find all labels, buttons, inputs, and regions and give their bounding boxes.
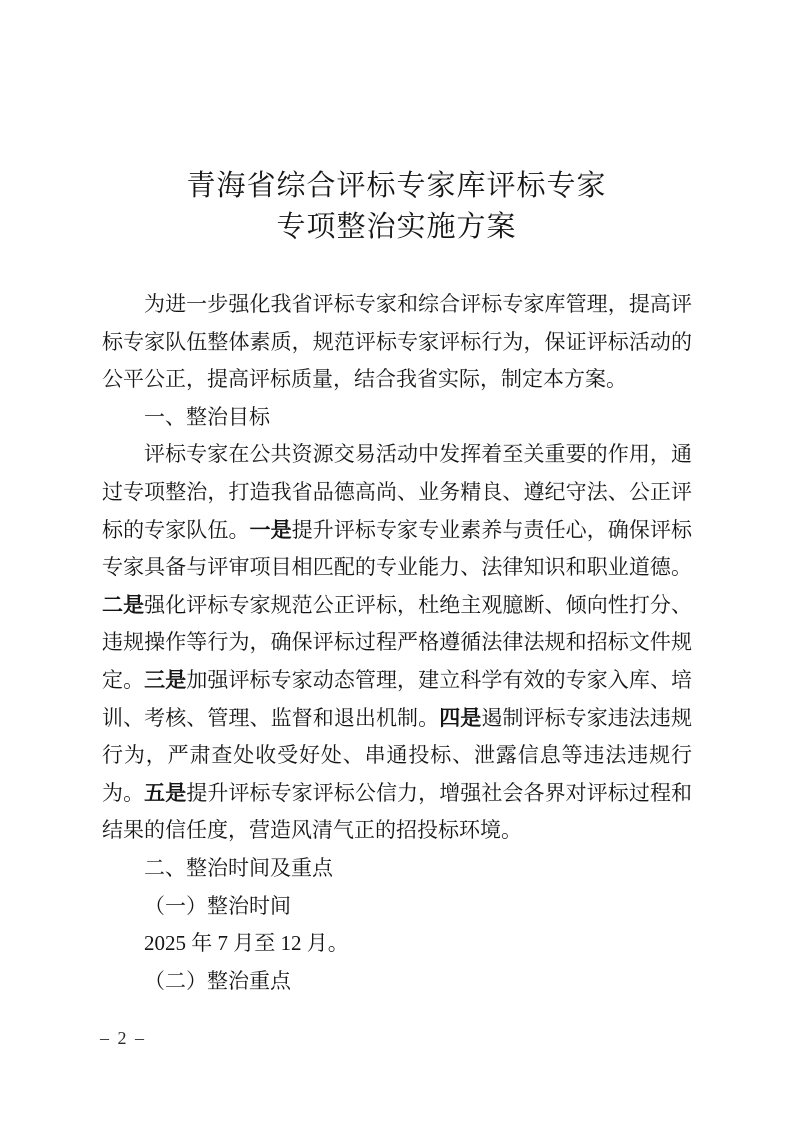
bold-run: 二是 xyxy=(102,593,144,617)
bold-run: 一是 xyxy=(250,518,292,542)
bold-run: 五是 xyxy=(144,781,186,805)
document-title: 青海省综合评标专家库评标专家 专项整治实施方案 xyxy=(0,166,793,248)
section-1-heading: 一、整治目标 xyxy=(102,399,692,437)
title-line-1: 青海省综合评标专家库评标专家 xyxy=(0,166,793,207)
section-2-sub-1-heading: （一）整治时间 xyxy=(102,888,692,926)
bold-run: 三是 xyxy=(144,668,186,692)
bold-run: 四是 xyxy=(439,706,481,730)
document-page: 青海省综合评标专家库评标专家 专项整治实施方案 为进一步强化我省评标专家和综合评… xyxy=(0,0,793,1122)
section-2-heading: 二、整治时间及重点 xyxy=(102,850,692,888)
title-line-2: 专项整治实施方案 xyxy=(0,207,793,248)
text-run: 提升评标专家评标公信力，增强社会各界对评标过程和结果的信任度，营造风清气正的招投… xyxy=(102,781,692,843)
intro-paragraph: 为进一步强化我省评标专家和综合评标专家库管理，提高评标专家队伍整体素质，规范评标… xyxy=(102,286,692,399)
document-body: 为进一步强化我省评标专家和综合评标专家库管理，提高评标专家队伍整体素质，规范评标… xyxy=(102,286,692,1000)
section-2-sub-1-body: 2025 年 7 月至 12 月。 xyxy=(102,925,692,963)
section-2-sub-2-heading: （二）整治重点 xyxy=(102,963,692,1001)
section-1-paragraph: 评标专家在公共资源交易活动中发挥着至关重要的作用，通过专项整治，打造我省品德高尚… xyxy=(102,436,692,850)
page-number: – 2 – xyxy=(100,1028,146,1049)
